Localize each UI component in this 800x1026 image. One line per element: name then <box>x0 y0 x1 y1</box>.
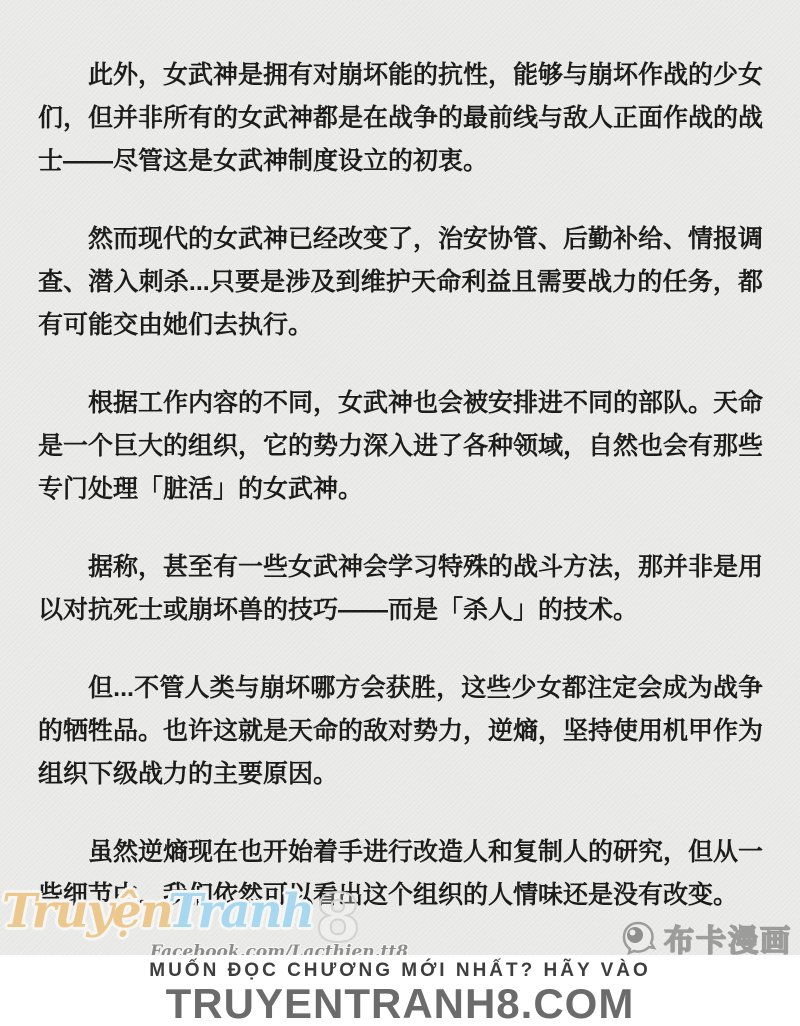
manga-text-page: 此外，女武神是拥有对崩坏能的抗性，能够与崩坏作战的少女们，但并非所有的女武神都是… <box>0 0 800 1026</box>
paragraph-4: 据称，甚至有一些女武神会学习特殊的战斗方法，那并非是用以对抗死士或崩坏兽的技巧—… <box>38 546 763 632</box>
truyentranh-watermark: TruyệnTranh8 Facebook.com/Lacthien.tt8 <box>2 886 422 961</box>
footer-tagline-text: MUỐN ĐỌC CHƯƠNG MỚI NHẤT? HÃY VÀO <box>0 960 800 982</box>
buka-mascot-icon <box>620 920 658 956</box>
translator-note-text: 此外，女武神是拥有对崩坏能的抗性，能够与崩坏作战的少女们，但并非所有的女武神都是… <box>0 0 800 952</box>
paragraph-5: 但...不管人类与崩坏哪方会获胜，这些少女都注定会成为战争的牺牲品。也许这就是天… <box>38 667 763 796</box>
buka-logo-text: 布卡漫画 <box>664 916 792 960</box>
logo-text-tranh: Tranh <box>168 884 313 939</box>
paragraph-3: 根据工作内容的不同，女武神也会被安排进不同的部队。天命是一个巨大的组织，它的势力… <box>38 382 763 511</box>
logo-text-truyen: Truyện <box>2 884 172 939</box>
footer-site-url: TRUYENTRANH8.COM <box>0 980 800 1026</box>
buka-manga-logo: 布卡漫画 <box>620 916 792 960</box>
paragraph-1: 此外，女武神是拥有对崩坏能的抗性，能够与崩坏作战的少女们，但并非所有的女武神都是… <box>38 54 763 183</box>
footer-banner: MUỐN ĐỌC CHƯƠNG MỚI NHẤT? HÃY VÀO TRUYEN… <box>0 955 800 1026</box>
paragraph-2: 然而现代的女武神已经改变了，治安协管、后勤补给、情报调查、潜入刺杀...只要是涉… <box>38 218 763 347</box>
